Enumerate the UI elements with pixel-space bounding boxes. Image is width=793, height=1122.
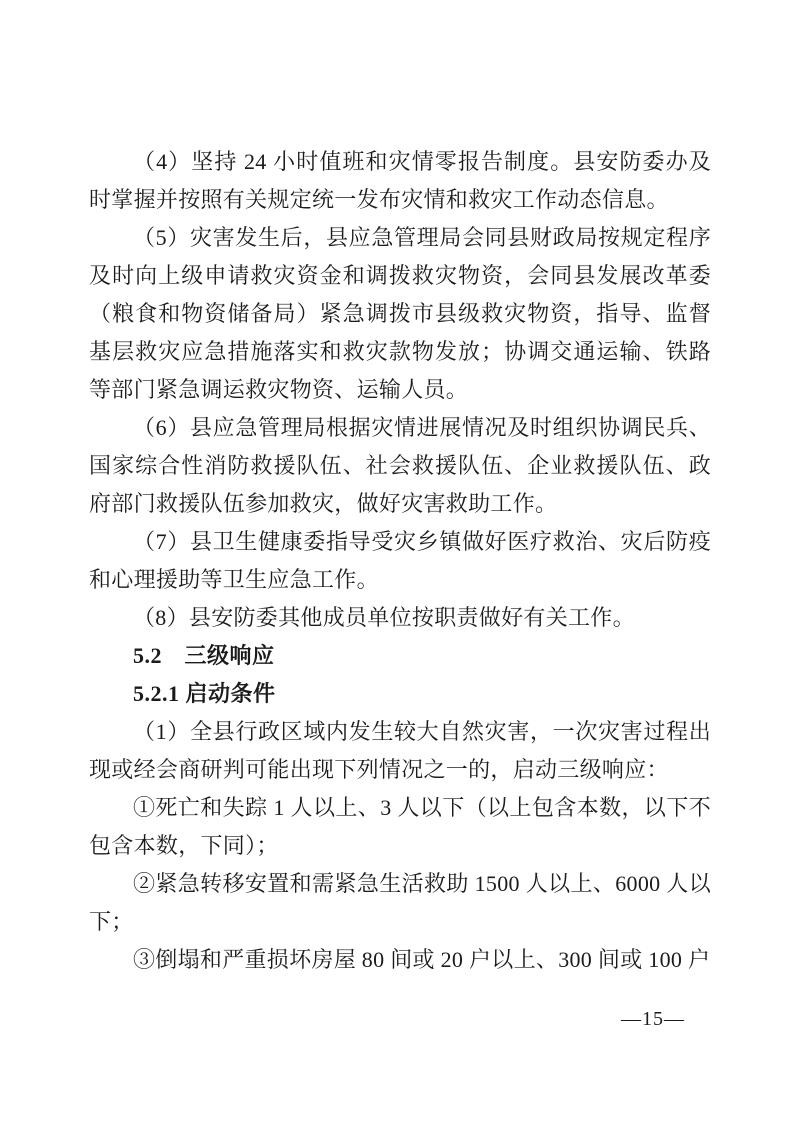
section-heading-5-2-1: 5.2.1 启动条件 <box>89 675 711 713</box>
document-body: （4）坚持 24 小时值班和灾情零报告制度。县安防委办及时掌握并按照有关规定统一… <box>89 143 711 979</box>
paragraph-condition-1: （1）全县行政区域内发生较大自然灾害，一次灾害过程出现或经会商研判可能出现下列情… <box>89 713 711 789</box>
paragraph-condition-circle-1: ①死亡和失踪 1 人以上、3 人以下（以上包含本数，以下不包含本数，下同）； <box>89 789 711 865</box>
paragraph-item-7: （7）县卫生健康委指导受灾乡镇做好医疗救治、灾后防疫和心理援助等卫生应急工作。 <box>89 523 711 599</box>
paragraph-condition-circle-2: ②紧急转移安置和需紧急生活救助 1500 人以上、6000 人以下； <box>89 865 711 941</box>
paragraph-condition-circle-3: ③倒塌和严重损坏房屋 80 间或 20 户以上、300 间或 100 户 <box>89 941 711 979</box>
paragraph-item-8: （8）县安防委其他成员单位按职责做好有关工作。 <box>89 599 711 637</box>
paragraph-item-4: （4）坚持 24 小时值班和灾情零报告制度。县安防委办及时掌握并按照有关规定统一… <box>89 143 711 219</box>
document-page: （4）坚持 24 小时值班和灾情零报告制度。县安防委办及时掌握并按照有关规定统一… <box>0 0 793 1122</box>
paragraph-item-5: （5）灾害发生后，县应急管理局会同县财政局按规定程序及时向上级申请救灾资金和调拨… <box>89 219 711 409</box>
section-heading-5-2: 5.2 三级响应 <box>89 637 711 675</box>
paragraph-item-6: （6）县应急管理局根据灾情进展情况及时组织协调民兵、国家综合性消防救援队伍、社会… <box>89 409 711 523</box>
page-number: —15— <box>621 1004 685 1034</box>
